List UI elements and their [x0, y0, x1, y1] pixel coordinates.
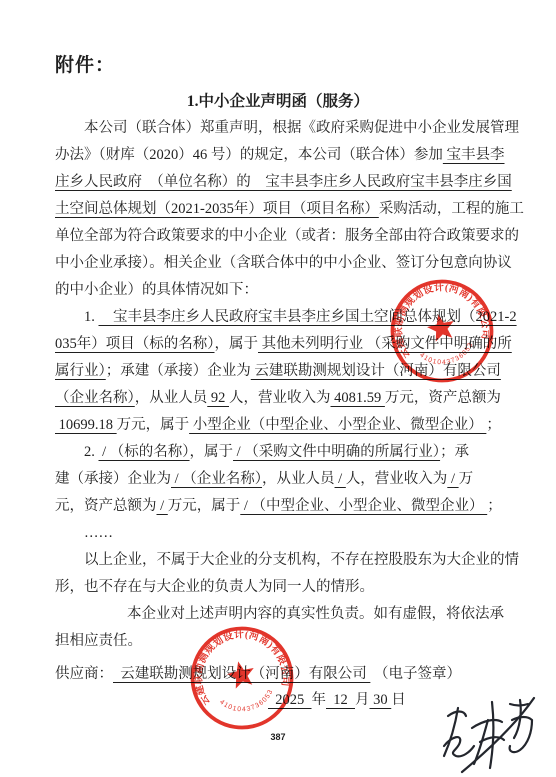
- filled-blank-text: 属行业）: [55, 363, 106, 379]
- filled-blank-text: 土空间总体规划（2021-2035年）项目（项目名称）: [55, 201, 379, 217]
- body-text: 元，资产总额为: [55, 498, 157, 514]
- attachment-label: 附件：: [55, 50, 115, 77]
- body-text: 万: [459, 471, 474, 487]
- body-text: 中小企业承接）。相关企业（含联合体中的中小企业、签订分包意向协议: [55, 255, 512, 271]
- body-text: 本企业对上述声明内容的真实性负责。如有虚假，将依法承: [127, 606, 504, 622]
- filled-blank-text: 10699.18: [55, 417, 117, 433]
- body-line: 10699.18 万元，属于 小型企业（中型企业、小型企业、微型企业） ；: [55, 412, 525, 439]
- supplier-label: 供应商：: [55, 666, 113, 682]
- filled-blank-text: / （企业名称）: [171, 471, 262, 487]
- body-line: 元，资产总额为 / 万元，属于 / （中型企业、小型企业、微型企业） ；: [55, 493, 525, 520]
- date-day: 30: [370, 692, 392, 708]
- star-icon: [425, 311, 458, 342]
- body-text: ，属于: [215, 336, 259, 352]
- filled-blank-text: /: [335, 471, 346, 487]
- body-line: 以上企业，不属于大企业的分支机构，不存在控股股东为大企业的情: [55, 547, 525, 574]
- date-month: 12: [326, 692, 355, 708]
- filled-blank-text: / （采购文件中明确的所属行业）: [233, 444, 440, 460]
- body-text: 2.: [84, 444, 99, 460]
- body-text: 采购活动，工程的施工: [379, 201, 524, 217]
- body-text: 办法》（财库（2020）46 号）的规定，本公司（联合体）参加: [55, 147, 443, 163]
- filled-blank-text: 035年）项目（标的名称）: [55, 336, 215, 352]
- body-text: ，从业人员: [135, 390, 208, 406]
- filled-blank-text: （企业名称）: [55, 390, 135, 406]
- body-text: 形，也不存在与大企业的负责人为同一人的情形。: [55, 579, 374, 595]
- body-text: ，从业人员: [262, 471, 335, 487]
- body-text: 以上企业，不属于大企业的分支机构，不存在控股股东为大企业的情: [84, 552, 519, 568]
- body-text: ；承建（承接）企业为: [106, 363, 251, 379]
- company-seal-icon: 云建联勘测规划设计(河南)有限公司 4101043736053: [188, 624, 296, 732]
- body-text: 1.: [84, 309, 99, 325]
- body-text: 建（承接）企业为: [55, 471, 171, 487]
- star-icon: [225, 658, 258, 689]
- filled-blank-text: 小型企业（中型企业、小型企业、微型企业）: [189, 417, 486, 433]
- body-line: 形，也不存在与大企业的负责人为同一人的情形。: [55, 574, 525, 601]
- seal-number-text: 4101043736053: [217, 687, 278, 719]
- body-line: 2. / （标的名称），属于 / （采购文件中明确的所属行业）；承: [55, 439, 525, 466]
- filled-blank-text: 庄乡人民政府 （单位名称）的 宝丰县李庄乡人民政府宝丰县李庄乡国: [55, 174, 512, 190]
- page-title: 1.中小企业声明函（服务）: [0, 89, 556, 111]
- body-text: 担相应责任。: [55, 633, 142, 649]
- body-text: 万元，属于: [117, 417, 190, 433]
- seal-company-text: 云建联勘测规划设计(河南)有限公司: [388, 277, 496, 362]
- esign-label: （电子签章）: [370, 666, 461, 682]
- document-page: 附件： 1.中小企业声明函（服务） 本公司（联合体）郑重声明，根据《政府采购促进…: [0, 0, 556, 777]
- filled-blank-text: / （中型企业、小型企业、微型企业）: [240, 498, 487, 514]
- date-year-unit: 年: [312, 692, 327, 708]
- handwritten-signature: [436, 694, 548, 776]
- body-text: 人，营业收入为: [229, 390, 331, 406]
- body-text: 万元，属于: [168, 498, 241, 514]
- body-line: 建（承接）企业为 / （企业名称），从业人员 / 人，营业收入为 / 万: [55, 466, 525, 493]
- body-text: 单位全部为符合政策要求的中小企业（或者：服务全部由符合政策要求的: [55, 228, 519, 244]
- company-seal-icon: 云建联勘测规划设计(河南)有限公司 4101043736053: [388, 277, 496, 385]
- body-text: 万元，资产总额为: [385, 390, 501, 406]
- date-day-unit: 日: [391, 692, 406, 708]
- body-text: 的中小企业）的具体情况如下：: [55, 282, 258, 298]
- filled-blank-text: /: [157, 498, 168, 514]
- body-line: ……: [55, 520, 525, 547]
- body-text: 本公司（联合体）郑重声明，根据《政府采购促进中小企业发展管理: [84, 120, 519, 136]
- body-text: ，属于: [190, 444, 234, 460]
- body-line: 本公司（联合体）郑重声明，根据《政府采购促进中小企业发展管理: [55, 115, 525, 142]
- body-line: 土空间总体规划（2021-2035年）项目（项目名称）采购活动，工程的施工: [55, 196, 525, 223]
- body-text: ；: [486, 417, 501, 433]
- body-text: ；承: [440, 444, 469, 460]
- seal-number-text: 4101043736053: [417, 340, 478, 372]
- body-line: 庄乡人民政府 （单位名称）的 宝丰县李庄乡人民政府宝丰县李庄乡国: [55, 169, 525, 196]
- body-line: 办法》（财库（2020）46 号）的规定，本公司（联合体）参加 宝丰县李: [55, 142, 525, 169]
- filled-blank-text: /: [447, 471, 458, 487]
- body-line: 单位全部为符合政策要求的中小企业（或者：服务全部由符合政策要求的: [55, 223, 525, 250]
- document-body: 本公司（联合体）郑重声明，根据《政府采购促进中小企业发展管理办法》（财库（202…: [55, 115, 525, 655]
- body-line: 中小企业承接）。相关企业（含联合体中的中小企业、签订分包意向协议: [55, 250, 525, 277]
- filled-blank-text: 92: [207, 390, 229, 406]
- body-text: ；: [487, 498, 502, 514]
- filled-blank-text: 4081.59: [331, 390, 385, 406]
- date-month-unit: 月: [355, 692, 370, 708]
- body-text: ……: [84, 525, 113, 541]
- seal-company-text: 云建联勘测规划设计(河南)有限公司: [188, 624, 296, 709]
- body-text: 人，营业收入为: [346, 471, 448, 487]
- filled-blank-text: / （标的名称）: [99, 444, 190, 460]
- body-line: （企业名称），从业人员 92 人，营业收入为 4081.59 万元，资产总额为: [55, 385, 525, 412]
- filled-blank-text: 宝丰县李: [443, 147, 505, 163]
